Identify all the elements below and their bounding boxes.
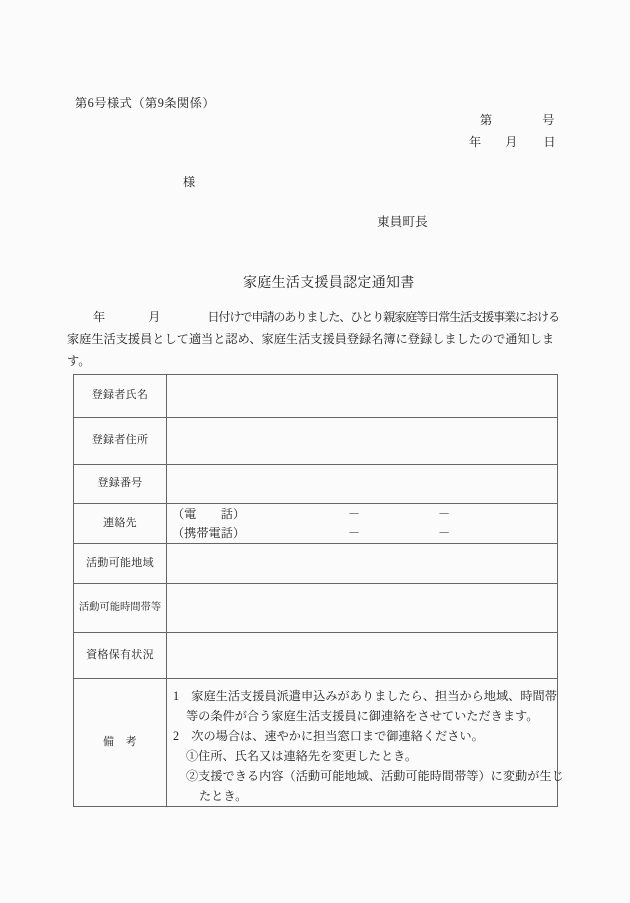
registrant-address-cell — [167, 418, 558, 465]
table-label-qualifications: 資格保有状況 — [74, 633, 167, 679]
document-title: 家庭生活支援員認定通知書 — [243, 276, 415, 293]
mobile-dash-2: － — [438, 524, 450, 543]
phone-dash-1: － — [348, 505, 360, 524]
body-month-label: 月 — [148, 310, 160, 324]
remarks-line-6: たとき。 — [167, 786, 557, 806]
mobile-dash-1: － — [348, 524, 360, 543]
phone-dash-2: － — [438, 505, 450, 524]
sender-name: 東員町長 — [377, 215, 428, 230]
body-line-1: 年月日付けで申請のありました、ひとり親家庭等日常生活支援事業における — [67, 306, 559, 328]
document-number-line: 第号 — [480, 113, 554, 128]
mobile-phone-label: （携帯電話） — [172, 524, 245, 543]
remarks-line-4: ①住所、氏名又は連絡先を変更したとき。 — [167, 746, 557, 766]
table-row: 備 考 1 家庭生活支援員派遣申込みがありましたら、担当から地域、時間帯 等の条… — [74, 679, 558, 807]
remarks-line-3: 2 次の場合は、速やかに担当窓口まで御連絡ください。 — [167, 726, 557, 746]
form-code: 第6号様式（第9条関係） — [75, 96, 215, 111]
body-line-1-text: 日付けで申請のありました、ひとり親家庭等日常生活支援事業における — [207, 310, 559, 324]
table-row: 資格保有状況 — [74, 633, 558, 679]
remarks-line-2: 等の条件が合う家庭生活支援員に御連絡をさせていただきます。 — [167, 706, 557, 726]
remarks-content: 1 家庭生活支援員派遣申込みがありましたら、担当から地域、時間帯 等の条件が合う… — [167, 679, 557, 806]
registration-number-cell — [167, 465, 558, 504]
table-label-remarks: 備 考 — [74, 679, 167, 807]
remarks-cell: 1 家庭生活支援員派遣申込みがありましたら、担当から地域、時間帯 等の条件が合う… — [167, 679, 558, 807]
remarks-line-1: 1 家庭生活支援員派遣申込みがありましたら、担当から地域、時間帯 — [167, 686, 557, 706]
body-line-2: 家庭生活支援員として適当と認め、家庭生活支援員登録名簿に登録しましたので通知しま — [67, 328, 559, 350]
table-row: 活動可能地域 — [74, 544, 558, 584]
table-row: 登録者住所 — [74, 418, 558, 465]
document-number-suffix: 号 — [542, 113, 554, 127]
date-day-label: 日 — [543, 135, 555, 149]
available-hours-cell — [167, 584, 558, 633]
body-year-label: 年 — [93, 310, 105, 324]
mobile-phone-line: （携帯電話）－－ — [167, 524, 557, 543]
table-label-registrant-address: 登録者住所 — [74, 418, 167, 465]
table-label-contact: 連絡先 — [74, 504, 167, 544]
table-row: 活動可能時間帯等 — [74, 584, 558, 633]
registration-table: 登録者氏名 登録者住所 登録番号 連絡先 （電 話）－－ （携帯電話）－－ 活動… — [73, 374, 558, 807]
table-label-registration-number: 登録番号 — [74, 465, 167, 504]
addressee-honorific: 様 — [183, 175, 195, 190]
date-month-label: 月 — [505, 135, 517, 149]
contact-cell: （電 話）－－ （携帯電話）－－ — [167, 504, 558, 544]
body-paragraph: 年月日付けで申請のありました、ひとり親家庭等日常生活支援事業における 家庭生活支… — [67, 306, 559, 372]
table-label-available-area: 活動可能地域 — [74, 544, 167, 584]
phone-line: （電 話）－－ — [167, 505, 557, 524]
remarks-line-5: ②支援できる内容（活動可能地域、活動可能時間帯等）に変動が生じ — [167, 766, 557, 786]
qualifications-cell — [167, 633, 558, 679]
table-row: 登録番号 — [74, 465, 558, 504]
document-page: 第6号様式（第9条関係） 第号 年月日 様 東員町長 家庭生活支援員認定通知書 … — [0, 0, 630, 903]
table-row: 連絡先 （電 話）－－ （携帯電話）－－ — [74, 504, 558, 544]
table-row: 登録者氏名 — [74, 375, 558, 418]
available-area-cell — [167, 544, 558, 584]
document-number-prefix: 第 — [480, 113, 492, 127]
date-year-label: 年 — [469, 135, 481, 149]
date-line: 年月日 — [469, 135, 556, 150]
registrant-name-cell — [167, 375, 558, 418]
table-label-registrant-name: 登録者氏名 — [74, 375, 167, 418]
table-label-available-hours: 活動可能時間帯等 — [74, 584, 167, 633]
phone-label: （電 話） — [172, 505, 245, 524]
body-line-3: す。 — [67, 350, 559, 372]
